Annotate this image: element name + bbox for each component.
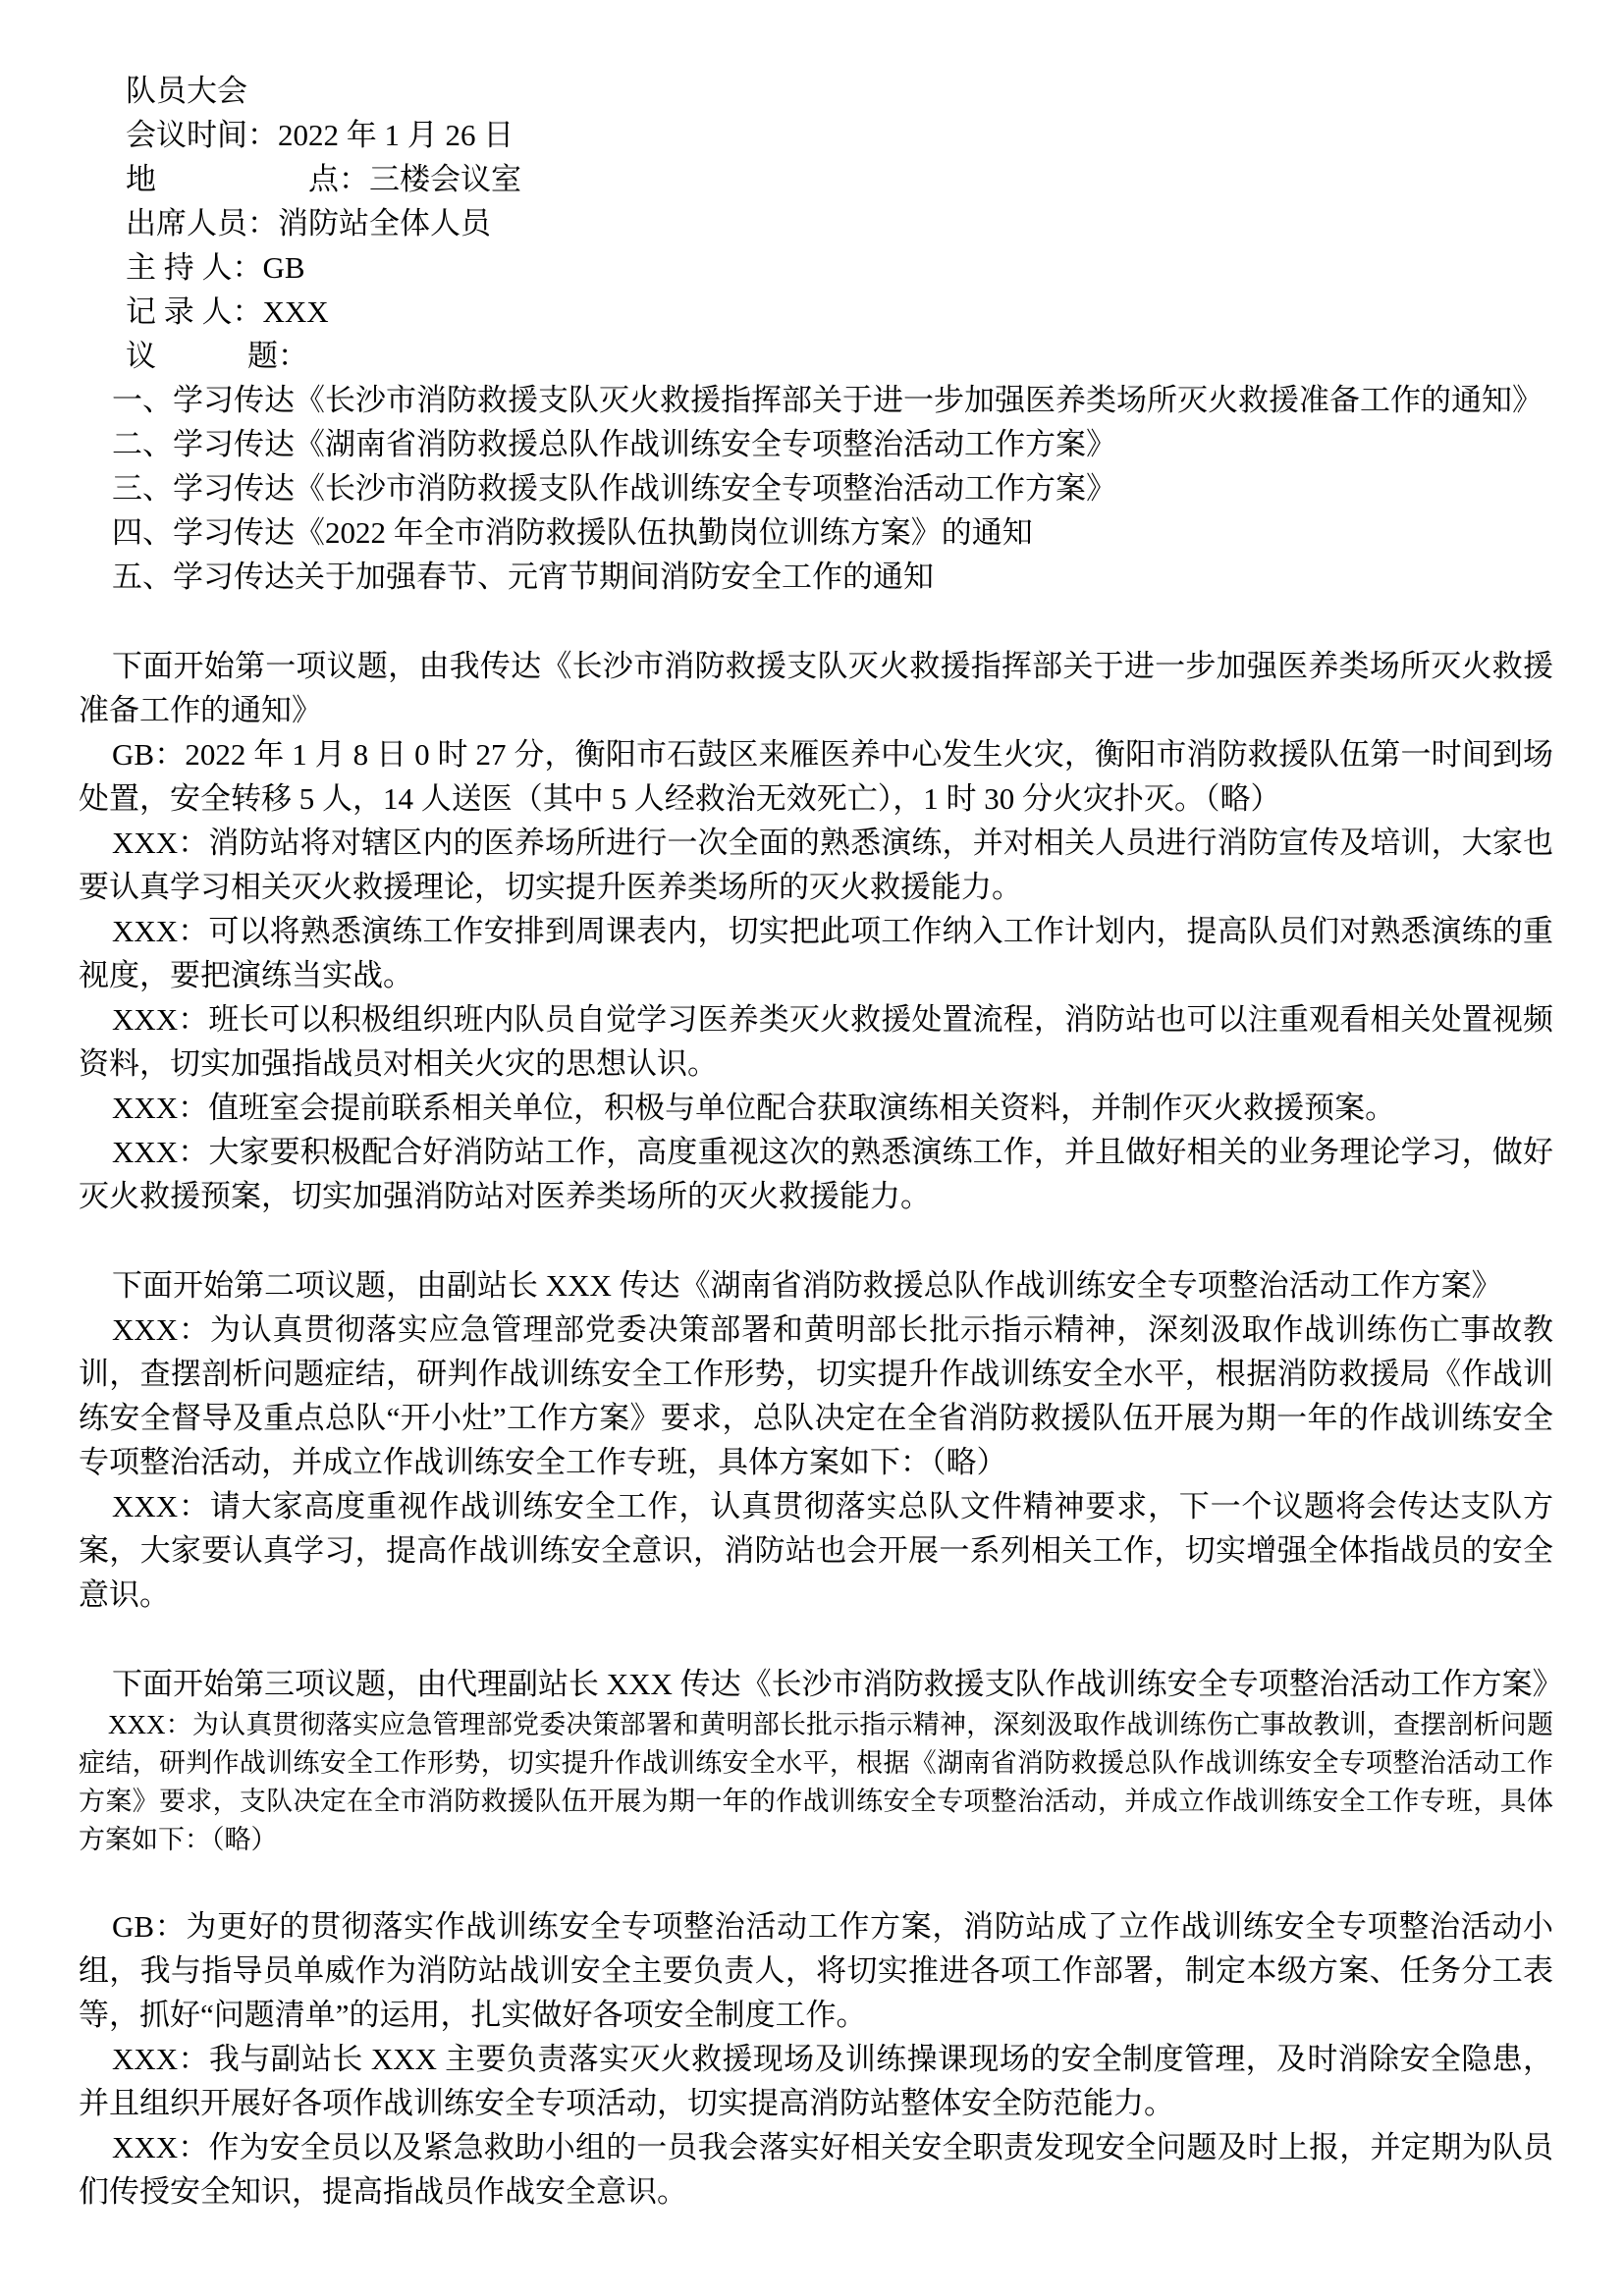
topic3-speech-2: XXX：我与副站长 XXX 主要负责落实灭火救援现场及训练操课现场的安全制度管理… xyxy=(79,2037,1553,2125)
topic2-intro: 下面开始第二项议题，由副站长 XXX 传达《湖南省消防救援总队作战训练安全专项整… xyxy=(79,1263,1553,1308)
agenda-item-4: 四、学习传达《2022 年全市消防救援队伍执勤岗位训练方案》的通知 xyxy=(79,510,1553,555)
host-line: 主 持 人：GB xyxy=(79,245,1553,290)
topic2-speech-1: XXX：为认真贯彻落实应急管理部党委决策部署和黄明部长批示指示精神，深刻汲取作战… xyxy=(79,1308,1553,1484)
meeting-place-line: 地 点：三楼会议室 xyxy=(79,157,1553,201)
topic1-speech-2: XXX：可以将熟悉演练工作安排到周课表内，切实把此项工作纳入工作计划内，提高队员… xyxy=(79,909,1553,997)
topics-label-line: 议 题： xyxy=(79,334,1553,378)
topic1-speech-gb: GB：2022 年 1 月 8 日 0 时 27 分，衡阳市石鼓区来雁医养中心发… xyxy=(79,732,1553,821)
document-body: 队员大会会议时间：2022 年 1 月 26 日地 点：三楼会议室出席人员：消防… xyxy=(79,69,1553,2214)
topic1-intro: 下面开始第一项议题，由我传达《长沙市消防救援支队灭火救援指挥部关于进一步加强医养… xyxy=(79,644,1553,732)
topic1-speech-1: XXX：消防站将对辖区内的医养场所进行一次全面的熟悉演练，并对相关人员进行消防宣… xyxy=(79,821,1553,909)
topic3-intro: 下面开始第三项议题，由代理副站长 XXX 传达《长沙市消防救援支队作战训练安全专… xyxy=(79,1662,1553,1706)
agenda-item-3: 三、学习传达《长沙市消防救援支队作战训练安全专项整治活动工作方案》 xyxy=(79,466,1553,510)
topic1-speech-5: XXX：大家要积极配合好消防站工作，高度重视这次的熟悉演练工作，并且做好相关的业… xyxy=(79,1130,1553,1218)
agenda-item-1: 一、学习传达《长沙市消防救援支队灭火救援指挥部关于进一步加强医养类场所灭火救援准… xyxy=(79,378,1553,422)
agenda-item-5: 五、学习传达关于加强春节、元宵节期间消防安全工作的通知 xyxy=(79,555,1553,599)
topic1-speech-4: XXX：值班室会提前联系相关单位，积极与单位配合获取演练相关资料，并制作灭火救援… xyxy=(79,1086,1553,1130)
attendees-line: 出席人员：消防站全体人员 xyxy=(79,201,1553,245)
topic3-speech-gb: GB：为更好的贯彻落实作战训练安全专项整治活动工作方案，消防站成了立作战训练安全… xyxy=(79,1904,1553,2037)
topic3-speech-1: XXX：为认真贯彻落实应急管理部党委决策部署和黄明部长批示指示精神，深刻汲取作战… xyxy=(79,1706,1553,1859)
topic2-speech-2: XXX：请大家高度重视作战训练安全工作，认真贯彻落实总队文件精神要求，下一个议题… xyxy=(79,1484,1553,1617)
topic3-speech-3: XXX：作为安全员以及紧急救助小组的一员我会落实好相关安全职责发现安全问题及时上… xyxy=(79,2125,1553,2214)
agenda-item-2: 二、学习传达《湖南省消防救援总队作战训练安全专项整治活动工作方案》 xyxy=(79,422,1553,466)
topic1-speech-3: XXX：班长可以积极组织班内队员自觉学习医养类灭火救援处置流程，消防站也可以注重… xyxy=(79,997,1553,1086)
meeting-time-line: 会议时间：2022 年 1 月 26 日 xyxy=(79,113,1553,157)
document-title: 队员大会 xyxy=(79,69,1553,113)
recorder-line: 记 录 人：XXX xyxy=(79,290,1553,334)
document-page: 队员大会会议时间：2022 年 1 月 26 日地 点：三楼会议室出席人员：消防… xyxy=(0,0,1624,2296)
